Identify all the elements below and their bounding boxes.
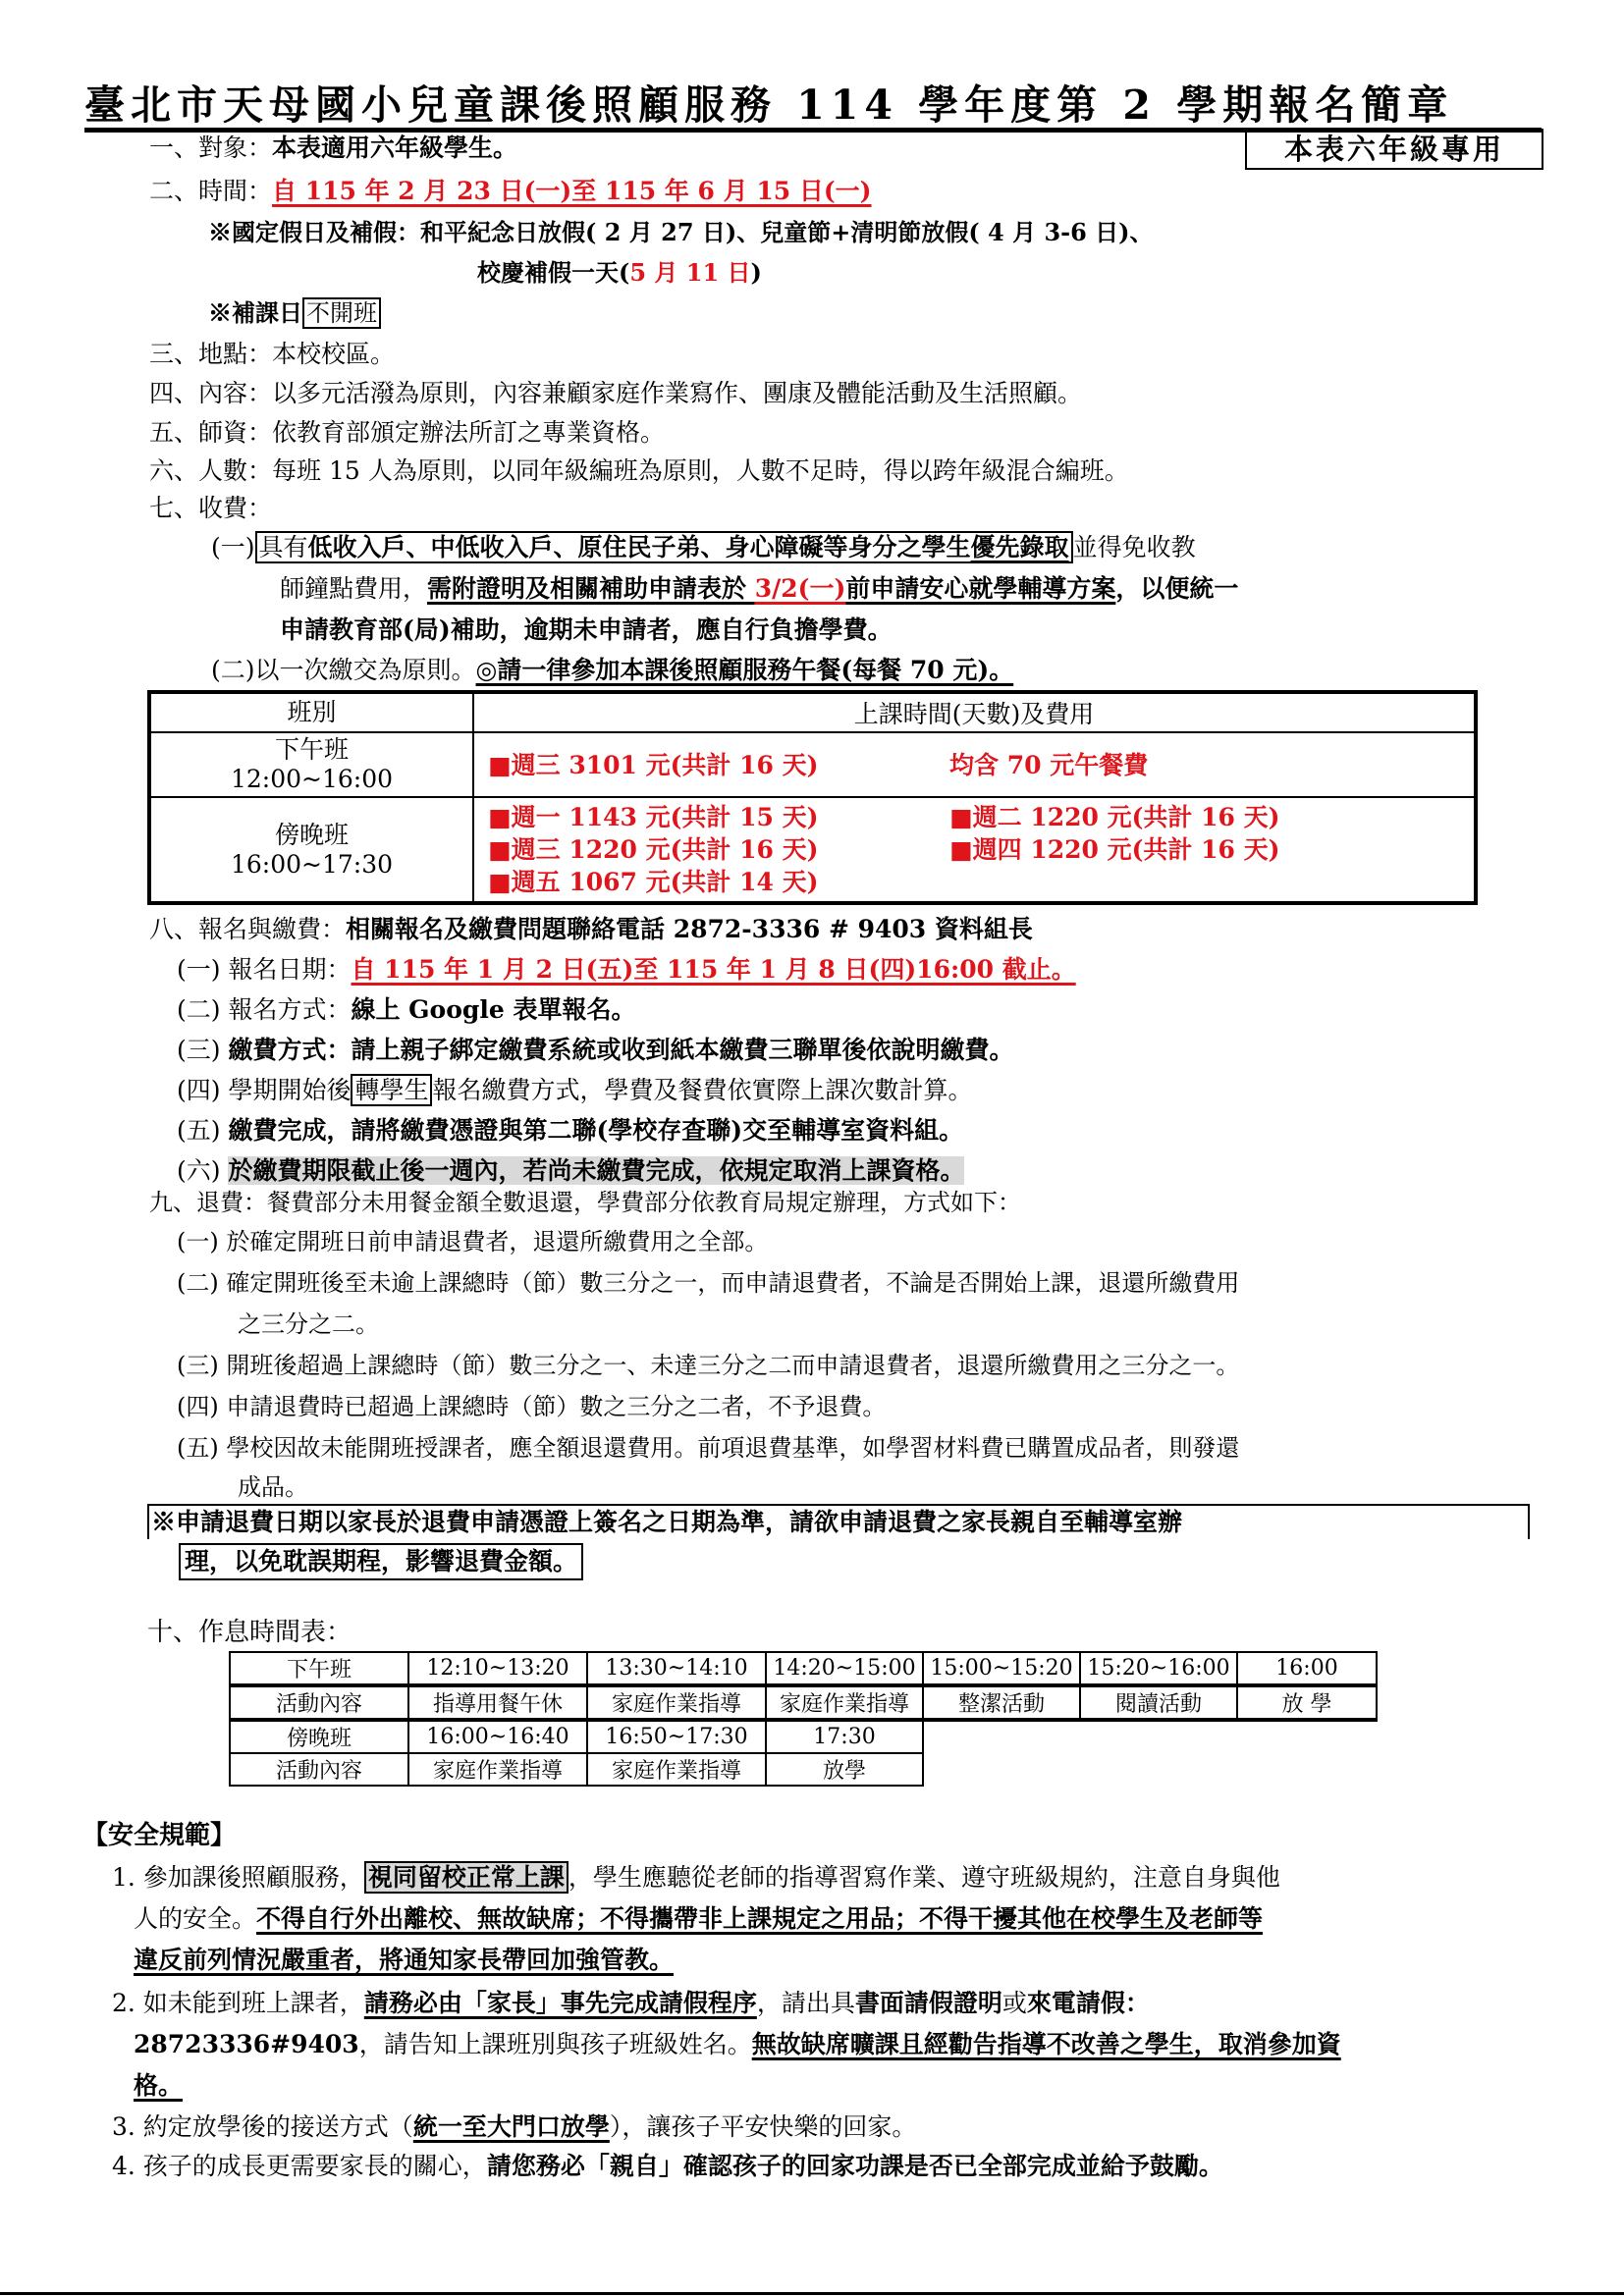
table-row: 傍晚班16:00~17:30 ■週一 1143 元(共計 15 天)■週二 12… — [149, 797, 1476, 903]
safety-rule-2-line2: 28723336#9403，請告知上課班別與孩子班級姓名。無故缺席曠課且經勸告指… — [134, 2030, 1341, 2059]
fee-item-1-line3: 申請教育部(局)補助，逾期未申請者，應自行負擔學費。 — [280, 615, 893, 645]
reg-item-5: (五) 繳費完成，請將繳費憑證與第二聯(學校存查聯)交至輔導室資料組。 — [177, 1116, 963, 1146]
safety-rule-1: 1. 參加課後照顧服務，視同留校正常上課，學生應聽從老師的指導習寫作業、遵守班級… — [112, 1863, 1280, 1893]
schedule-row-evening-times: 傍晚班 16:00~16:40 16:50~17:30 17:30 — [230, 1720, 1377, 1753]
transfer-student-box: 轉學生 — [351, 1074, 432, 1106]
grade-tag-box: 本表六年級專用 — [1245, 129, 1543, 170]
refund-notice-cont: 理，以免耽誤期程，影響退費金額。 — [179, 1543, 583, 1580]
reg-item-6: (六) 於繳費期限截止後一週內，若尚未繳費完成，依規定取消上課資格。 — [177, 1156, 964, 1186]
safety-rule-3: 3. 約定放學後的接送方式（統一至大門口放學），讓孩子平安快樂的回家。 — [112, 2112, 916, 2142]
section-time: 二、時間：自 115 年 2 月 23 日(一)至 115 年 6 月 15 日… — [149, 177, 872, 206]
refund-item-cont: 成品。 — [238, 1472, 308, 1502]
priority-box: 具有低收入戶、中低收入戶、原住民子弟、身心障礙等身分之學生優先錄取 — [255, 531, 1073, 563]
safety-rule-1-line2: 人的安全。不得自行外出離校、無故缺席；不得攜帶非上課規定之用品；不得干擾其他在校… — [134, 1904, 1263, 1934]
section-label: 一、對象： — [149, 133, 272, 162]
school-holiday-date: 5 月 11 日 — [629, 258, 750, 287]
table-row: 下午班12:00~16:00 ■週三 3101 元(共計 16 天)均含 70 … — [149, 732, 1476, 797]
section-class-size: 六、人數：每班 15 人為原則，以同年級編班為原則，人數不足時，得以跨年級混合編… — [149, 456, 1129, 486]
safety-rule-1-line3: 違反前列情況嚴重者，將通知家長帶回加強管教。 — [134, 1946, 674, 1975]
section-location: 三、地點：本校校區。 — [149, 340, 395, 369]
cancellation-warning: 於繳費期限截止後一週內，若尚未繳費完成，依規定取消上課資格。 — [228, 1156, 964, 1185]
safety-rule-2-line3: 格。 — [134, 2071, 183, 2101]
deadline-date: 3/2(一) — [755, 574, 846, 603]
section-refund: 九、退費：餐費部分未用餐金額全數退還，學費部分依教育局規定辦理，方式如下： — [149, 1188, 1021, 1217]
makeup-day-note: ※補課日不開班 — [208, 298, 381, 328]
registration-dates: 自 115 年 1 月 2 日(五)至 115 年 1 月 8 日(四)16:0… — [351, 955, 1075, 984]
document-title: 臺北市天母國小兒童課後照顧服務 114 學年度第 2 學期報名簡章 — [84, 82, 1453, 128]
schedule-row-evening-activities: 活動內容 家庭作業指導 家庭作業指導 放學 — [230, 1753, 1377, 1786]
safety-heading: 【安全規範】 — [82, 1821, 236, 1850]
refund-item: (二) 確定開班後至未逾上課總時（節）數三分之一，而申請退費者，不論是否開始上課… — [177, 1268, 1239, 1298]
reg-item-2: (二) 報名方式：線上 Google 表單報名。 — [177, 995, 635, 1025]
fee-table: 班別 上課時間(天數)及費用 下午班12:00~16:00 ■週三 3101 元… — [147, 690, 1478, 905]
holiday-note: ※國定假日及補假：和平紀念日放假( 2 月 27 日)、兒童節+清明節放假( 4… — [208, 218, 1154, 247]
phone-number: 28723336#9403 — [134, 2030, 359, 2058]
fee-item-1: (一)具有低收入戶、中低收入戶、原住民子弟、身心障礙等身分之學生優先錄取並得免收… — [211, 533, 1196, 562]
section-text: 本表適用六年級學生。 — [272, 133, 517, 162]
safety-rule-4: 4. 孩子的成長更需要家長的關心，請您務必「親自」確認孩子的回家功課是否已全部完… — [112, 2152, 1223, 2181]
schedule-row-afternoon-activities: 活動內容 指導用餐午休 家庭作業指導 家庭作業指導 整潔活動 閱讀活動 放 學 — [230, 1685, 1377, 1720]
fee-item-1-line2: 師鐘點費用，需附證明及相關補助申請表於 3/2(一)前申請安心就學輔導方案，以便… — [280, 574, 1238, 604]
refund-item: (四) 申請退費時已超過上課總時（節）數之三分之二者，不予退費。 — [177, 1392, 886, 1421]
refund-notice: ※申請退費日期以家長於退費申請憑證上簽名之日期為準，請欲申請退費之家長親自至輔導… — [147, 1504, 1530, 1539]
refund-item: (一) 於確定開班日前申請退費者，退還所繳費用之全部。 — [177, 1227, 768, 1256]
table-header-row: 班別 上課時間(天數)及費用 — [149, 692, 1476, 732]
lunch-note: ◎請一律參加本課後照顧服務午餐(每餐 70 元)。 — [476, 656, 1014, 684]
refund-item: (三) 開班後超過上課總時（節）數三分之一、未達三分之二而申請退費者，退還所繳費… — [177, 1351, 1239, 1380]
term-period: 自 115 年 2 月 23 日(一)至 115 年 6 月 15 日(一) — [272, 177, 872, 205]
regular-class-box: 視同留校正常上課 — [364, 1861, 568, 1894]
contact-info: 相關報名及繳費問題聯絡電話 2872-3336 # 9403 資料組長 — [346, 915, 1033, 943]
section-teachers: 五、師資：依教育部頒定辦法所訂之專業資格。 — [149, 418, 665, 448]
reg-item-3: (三) 繳費方式：請上親子綁定繳費系統或收到紙本繳費三聯單後依說明繳費。 — [177, 1036, 1013, 1065]
schedule-table: 下午班 12:10~13:20 13:30~14:10 14:20~15:00 … — [229, 1651, 1378, 1787]
section-schedule: 十、作息時間表： — [147, 1618, 352, 1647]
section-content: 四、內容：以多元活潑為原則，內容兼顧家庭作業寫作、團康及體能活動及生活照顧。 — [149, 379, 1082, 408]
section-label: 二、時間： — [149, 177, 272, 205]
section-target: 一、對象：本表適用六年級學生。 — [149, 133, 517, 163]
schedule-row-afternoon-times: 下午班 12:10~13:20 13:30~14:10 14:20~15:00 … — [230, 1652, 1377, 1685]
refund-item: (五) 學校因故未能開班授課者，應全額退還費用。前項退費基準，如學習材料費已購置… — [177, 1433, 1239, 1463]
no-class-box: 不開班 — [302, 297, 381, 329]
section-registration: 八、報名與繳費：相關報名及繳費問題聯絡電話 2872-3336 # 9403 資… — [149, 915, 1033, 944]
section-fees: 七、收費： — [149, 494, 272, 523]
reg-item-1: (一) 報名日期：自 115 年 1 月 2 日(五)至 115 年 1 月 8… — [177, 955, 1076, 985]
refund-item-cont: 之三分之二。 — [238, 1309, 379, 1339]
page-bottom-rule — [0, 2292, 1624, 2295]
safety-rule-2: 2. 如未能到班上課者，請務必由「家長」事先完成請假程序，請出具書面請假證明或來… — [112, 1989, 1150, 2018]
reg-item-4: (四) 學期開始後轉學生報名繳費方式，學費及餐費依實際上課次數計算。 — [177, 1076, 973, 1105]
fee-item-2: (二)以一次繳交為原則。◎請一律參加本課後照顧服務午餐(每餐 70 元)。 — [211, 656, 1013, 685]
school-holiday-note: 校慶補假一天(5 月 11 日) — [477, 258, 762, 288]
